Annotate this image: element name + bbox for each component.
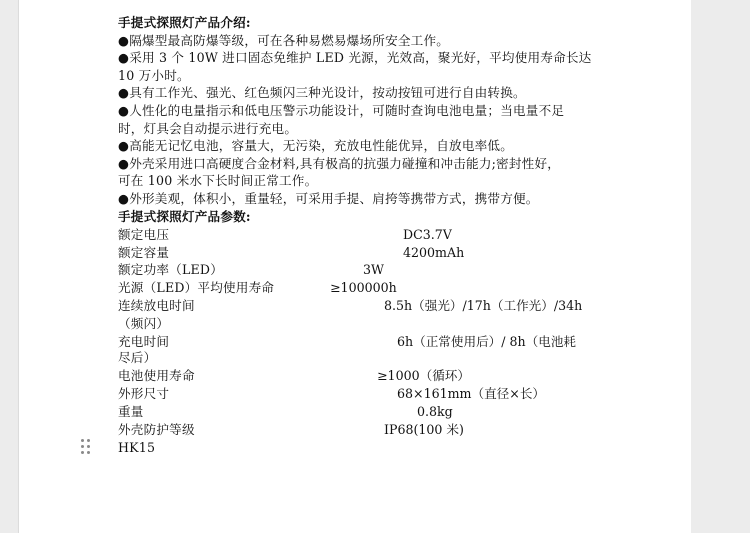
intro-line: 10 万小时。 (118, 67, 190, 84)
intro-line: 可在 100 米水下长时间正常工作。 (118, 172, 317, 189)
intro-line: ●隔爆型最高防爆等级，可在各种易燃易爆场所安全工作。 (118, 32, 449, 49)
param-value: 0.8kg (417, 403, 453, 420)
param-value: ≥1000（循环） (377, 367, 470, 384)
param-value: 68×161mm（直径×长） (397, 385, 545, 402)
intro-line: ●人性化的电量指示和低电压警示功能设计，可随时查询电池电量；当电量不足 (118, 102, 564, 119)
param-label: 外形尺寸 (118, 385, 169, 402)
intro-line: ●外形美观，体积小，重量轻，可采用手提、肩挎等携带方式，携带方便。 (118, 190, 539, 207)
param-value: ≥100000h (330, 279, 397, 296)
param-label: 外壳防护等级 (118, 421, 195, 438)
param-value: IP68(100 米) (384, 421, 464, 438)
param-value: 3W (363, 261, 384, 278)
param-label: 电池使用寿命 (118, 367, 195, 384)
param-continuation: 尽后） (118, 349, 156, 366)
intro-line: ●具有工作光、强光、红色频闪三种光设计，按动按钮可进行自由转换。 (118, 84, 526, 101)
param-label: 额定电压 (118, 226, 169, 243)
param-label: 额定功率（LED） (118, 261, 223, 278)
params-heading: 手提式探照灯产品参数: (118, 208, 251, 225)
param-label: 充电时间 (118, 333, 169, 350)
right-margin (691, 0, 750, 533)
model-name: HK15 (118, 439, 155, 456)
intro-line: 时，灯具会自动提示进行充电。 (118, 120, 297, 137)
param-continuation: （频闪） (118, 315, 169, 332)
param-value: 4200mAh (403, 244, 464, 261)
intro-line: ●采用 3 个 10W 进口固态免维护 LED 光源，光效高，聚光好，平均使用寿… (118, 49, 591, 66)
param-value: 6h（正常使用后）/ 8h（电池耗 (397, 333, 576, 350)
drag-handle-icon[interactable] (81, 439, 91, 455)
param-label: 额定容量 (118, 244, 169, 261)
intro-line: ●外壳采用进口高硬度合金材料,具有极高的抗强力碰撞和冲击能力;密封性好， (118, 155, 560, 172)
intro-heading: 手提式探照灯产品介绍: (118, 14, 251, 31)
param-label: 连续放电时间 (118, 297, 195, 314)
param-value: DC3.7V (403, 226, 452, 243)
param-label: 重量 (118, 403, 144, 420)
param-label: 光源（LED）平均使用寿命 (118, 279, 274, 296)
intro-line: ●高能无记忆电池，容量大，无污染，充放电性能优异，自放电率低。 (118, 137, 513, 154)
param-value: 8.5h（强光）/17h（工作光）/34h (384, 297, 582, 314)
